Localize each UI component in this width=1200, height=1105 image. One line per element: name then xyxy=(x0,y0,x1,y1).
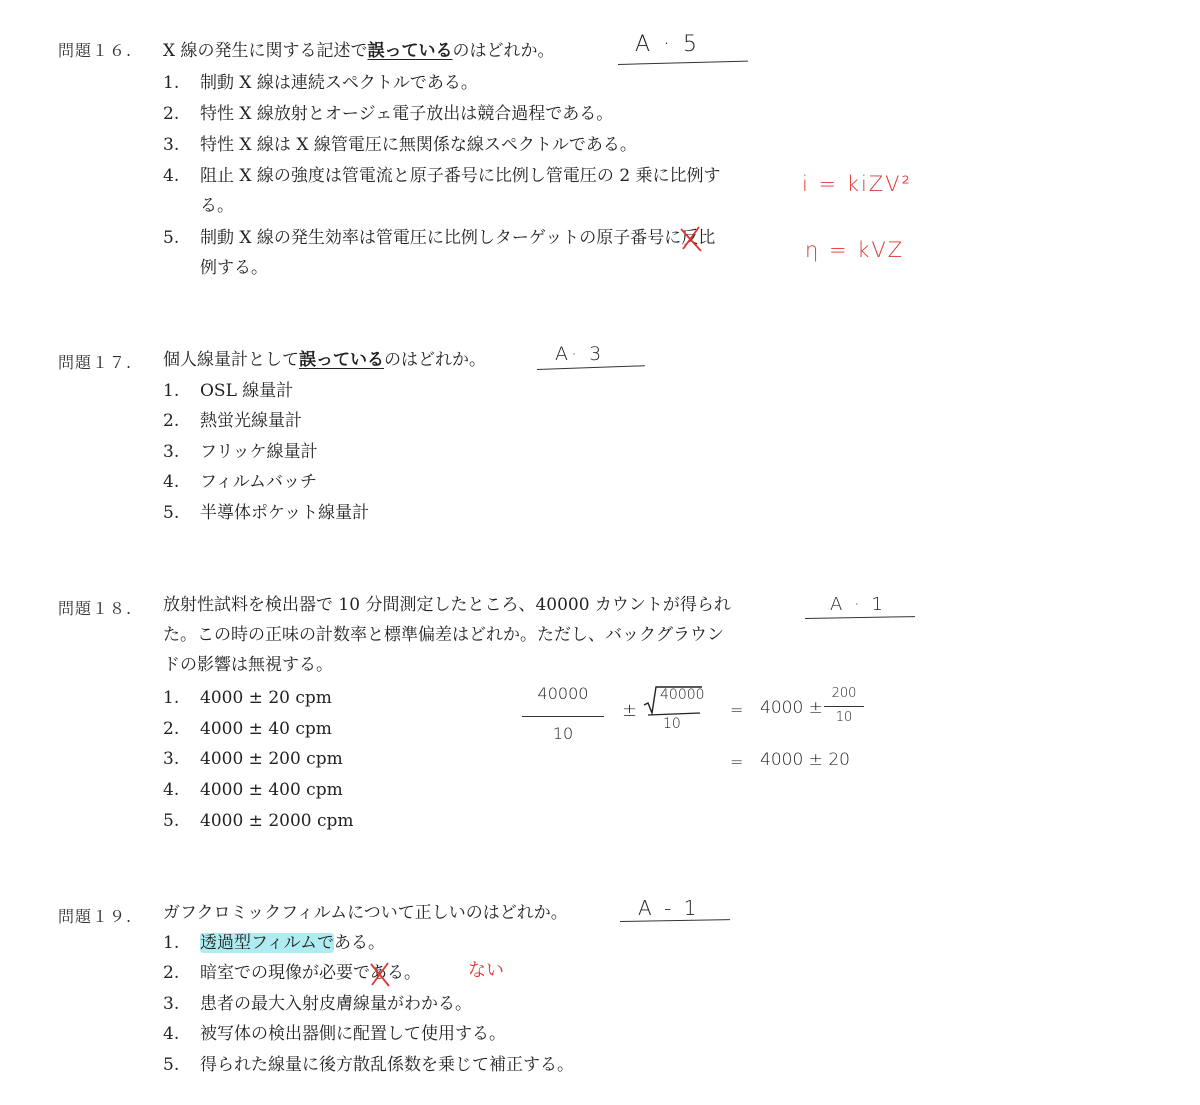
option-text: フィルムバッチ xyxy=(200,472,317,492)
option-text: 特性 X 線放射とオージェ電子放出は競合過程である。 xyxy=(200,104,613,124)
option-number: 2. xyxy=(163,958,200,988)
option-number: 1. xyxy=(163,68,200,98)
option-text: OSL 線量計 xyxy=(200,381,293,401)
answer-underline xyxy=(620,919,730,922)
answer-underline xyxy=(618,61,748,65)
option-number: 3. xyxy=(163,130,200,160)
stem-emphasis: 誤っている xyxy=(368,41,453,61)
question-label: 問題１６. xyxy=(58,38,132,61)
option-text: フリッケ線量計 xyxy=(200,442,318,462)
answer-underline xyxy=(805,616,915,619)
calc-numerator: 200 xyxy=(826,686,862,701)
option-text: 被写体の検出器側に配置して使用する。 xyxy=(200,1024,506,1044)
option-3: 3.特性 X 線は X 線管電圧に無関係な線スペクトルである。 xyxy=(163,130,637,160)
option-5: 5.得られた線量に後方散乱係数を乗じて補正する。 xyxy=(163,1050,574,1080)
calc-numerator: 40000 xyxy=(523,684,603,703)
option-5: 5.半導体ポケット線量計 xyxy=(163,498,369,528)
option-5: 5.4000 ± 2000 cpm xyxy=(163,806,354,836)
option-number: 3. xyxy=(163,989,200,1019)
option-number: 2. xyxy=(163,714,200,744)
option-number: 1. xyxy=(163,928,200,958)
option-number: 5. xyxy=(163,1050,200,1080)
stem-emphasis: 誤っている xyxy=(299,350,384,370)
calc-result: 4000 ± xyxy=(760,698,823,718)
option-text: 4000 ± 40 cpm xyxy=(200,719,332,739)
option-number: 4. xyxy=(163,1019,200,1049)
calc-result: 4000 ± 20 xyxy=(760,750,850,770)
question-stem: 個人線量計として誤っているのはどれか。 xyxy=(163,345,486,375)
option-text: 熱蛍光線量計 xyxy=(200,411,302,431)
red-formula-note: η = kVZ xyxy=(805,238,904,262)
option-text: 得られた線量に後方散乱係数を乗じて補正する。 xyxy=(200,1055,574,1075)
option-text-continued: る。 xyxy=(200,191,234,221)
option-text: ある。 xyxy=(334,933,385,953)
option-text: 制動 X 線の発生効率は管電圧に比例しターゲットの原子番号に xyxy=(200,228,681,248)
stem-text: のはどれか。 xyxy=(384,350,486,370)
option-number: 4. xyxy=(163,161,200,191)
option-number: 5. xyxy=(163,223,200,253)
option-number: 4. xyxy=(163,775,200,805)
option-text: 特性 X 線は X 線管電圧に無関係な線スペクトルである。 xyxy=(200,135,637,155)
red-correction-note: ない xyxy=(468,956,504,982)
option-4: 4.4000 ± 400 cpm xyxy=(163,775,343,805)
stem-text: ガフクロミックフィルムについて正しいのはどれか。 xyxy=(163,903,568,923)
option-3: 3.フリッケ線量計 xyxy=(163,437,318,467)
option-text: 4000 ± 200 cpm xyxy=(200,749,343,769)
stem-text: のはどれか。 xyxy=(453,41,555,61)
option-3: 3.患者の最大入射皮膚線量がわかる。 xyxy=(163,989,472,1019)
option-1: 1.OSL 線量計 xyxy=(163,376,293,406)
option-number: 5. xyxy=(163,806,200,836)
red-cross-icon xyxy=(679,225,703,253)
plus-minus: ± xyxy=(622,700,637,721)
option-2: 2.特性 X 線放射とオージェ電子放出は競合過程である。 xyxy=(163,99,613,129)
option-4: 4.阻止 X 線の強度は管電流と原子番号に比例し管電圧の 2 乗に比例する。 xyxy=(163,161,721,191)
option-text: 半導体ポケット線量計 xyxy=(200,503,369,523)
question-stem-line-2: た。この時の正味の計数率と標準偏差はどれか。ただし、バックグラウン xyxy=(163,620,724,650)
option-number: 2. xyxy=(163,406,200,436)
option-2: 2.暗室での現像が必要である。 xyxy=(163,958,421,988)
option-2: 2.4000 ± 40 cpm xyxy=(163,714,332,744)
option-text: 患者の最大入射皮膚線量がわかる。 xyxy=(200,994,472,1014)
option-number: 5. xyxy=(163,498,200,528)
option-text-continued: 例する。 xyxy=(200,253,268,283)
calc-denominator: 10 xyxy=(663,716,681,732)
option-1: 1.制動 X 線は連続スペクトルである。 xyxy=(163,68,478,98)
equals-sign: = xyxy=(730,700,743,719)
option-text: 阻止 X 線の強度は管電流と原子番号に比例し管電圧の 2 乗に比例す xyxy=(200,166,721,186)
stem-text: X 線の発生に関する記述で xyxy=(163,41,368,61)
question-stem-line-3: ドの影響は無視する。 xyxy=(163,650,333,680)
struck-character: 反 xyxy=(681,223,698,253)
option-text: 4000 ± 20 cpm xyxy=(200,688,332,708)
option-3: 3.4000 ± 200 cpm xyxy=(163,744,343,774)
answer-note: A · 1 xyxy=(830,594,886,615)
option-text: 4000 ± 2000 cpm xyxy=(200,811,354,831)
option-2: 2.熱蛍光線量計 xyxy=(163,406,302,436)
option-number: 3. xyxy=(163,437,200,467)
struck-character: あ xyxy=(370,958,387,988)
stem-text: 個人線量計として xyxy=(163,350,299,370)
question-label: 問題１８. xyxy=(58,596,132,619)
answer-note: A - 1 xyxy=(638,896,699,920)
fraction-bar xyxy=(522,716,604,717)
calc-denominator: 10 xyxy=(523,724,603,743)
option-text: 暗室での現像が必要で xyxy=(200,963,370,983)
red-cross-icon xyxy=(368,960,392,988)
red-formula-note: i = kiZV² xyxy=(802,172,912,196)
equals-sign: = xyxy=(730,752,743,771)
option-5: 5.制動 X 線の発生効率は管電圧に比例しターゲットの原子番号に反比例する。 xyxy=(163,223,715,253)
answer-underline xyxy=(537,365,645,370)
option-text: 制動 X 線は連続スペクトルである。 xyxy=(200,73,478,93)
option-4: 4.被写体の検出器側に配置して使用する。 xyxy=(163,1019,506,1049)
question-stem: ガフクロミックフィルムについて正しいのはどれか。 xyxy=(163,898,568,928)
option-1: 1.4000 ± 20 cpm xyxy=(163,683,332,713)
option-1: 1.透過型フィルムである。 xyxy=(163,928,385,958)
option-text: 4000 ± 400 cpm xyxy=(200,780,343,800)
calc-denominator: 10 xyxy=(826,710,862,725)
answer-note: A· 3 xyxy=(555,343,604,365)
answer-note: A · 5 xyxy=(635,32,700,57)
sqrt-argument: 40000 xyxy=(660,687,705,703)
option-number: 4. xyxy=(163,467,200,497)
option-number: 1. xyxy=(163,376,200,406)
question-label: 問題１９. xyxy=(58,904,132,927)
option-4: 4.フィルムバッチ xyxy=(163,467,317,497)
option-number: 2. xyxy=(163,99,200,129)
option-number: 3. xyxy=(163,744,200,774)
fraction-bar xyxy=(824,706,864,707)
question-stem-line-1: 放射性試料を検出器で 10 分間測定したところ、40000 カウントが得られ xyxy=(163,590,731,620)
question-stem: X 線の発生に関する記述で誤っているのはどれか。 xyxy=(163,36,555,66)
option-text: る。 xyxy=(387,963,421,983)
option-number: 1. xyxy=(163,683,200,713)
highlighted-text: 透過型フィルムで xyxy=(200,933,334,953)
question-label: 問題１７. xyxy=(58,350,132,373)
